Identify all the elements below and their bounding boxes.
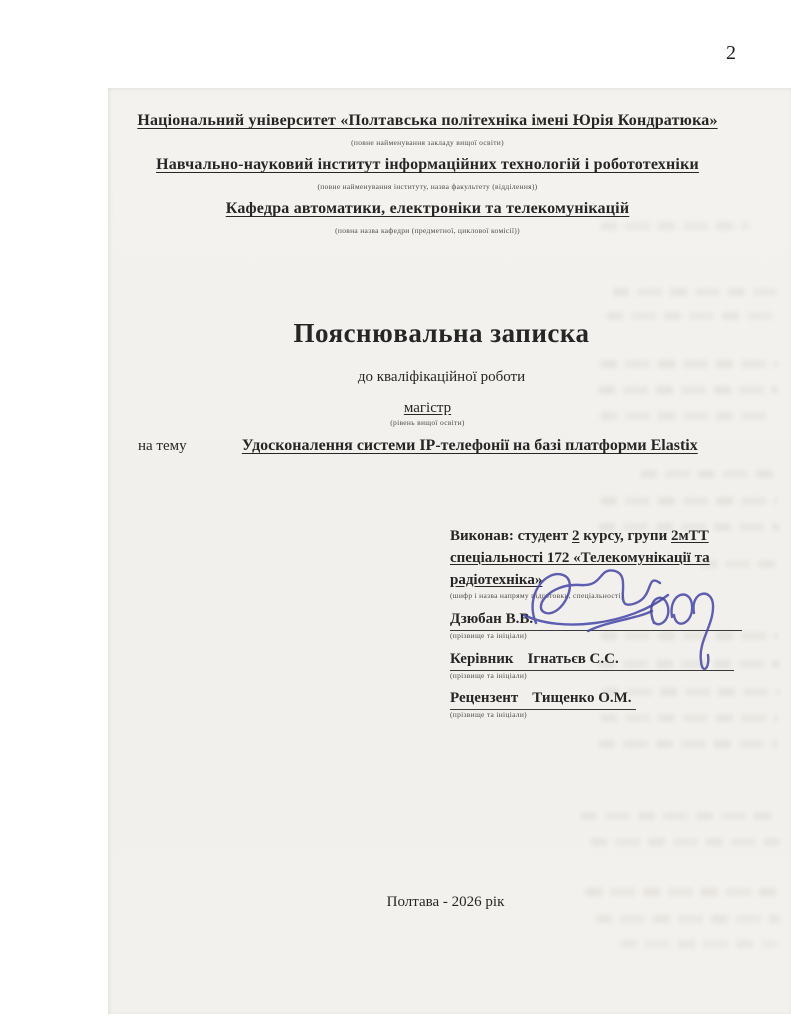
bleedthrough-line — [612, 288, 777, 296]
university-name-text: Національний університет «Полтавська пол… — [137, 112, 717, 129]
bleedthrough-line — [600, 412, 772, 420]
bleedthrough-line — [700, 560, 782, 568]
institute-name-text: Навчально-науковий інститут інформаційни… — [156, 156, 699, 173]
document-title: Пояснювальна записка — [142, 318, 741, 349]
supervisor-role: Керівник — [450, 651, 514, 667]
university-note: (повне найменування закладу вищої освіти… — [128, 138, 727, 147]
specialty-text-2: радіотехніка» — [450, 572, 542, 588]
bleedthrough-line — [600, 632, 778, 640]
student-name: Дзюбан В.В. — [450, 611, 533, 627]
bleedthrough-line — [600, 360, 778, 368]
topic-title: Удосконалення системи IP-телефонії на ба… — [213, 437, 727, 455]
university-name: Національний університет «Полтавська пол… — [128, 112, 727, 130]
bleedthrough-line — [595, 915, 781, 923]
institute-note: (повне найменування інституту, назва фак… — [128, 182, 727, 191]
topic-label: на тему — [138, 438, 187, 455]
page-number: 2 — [726, 42, 736, 65]
bleedthrough-line — [600, 497, 778, 505]
scanned-document-page: Національний університет «Полтавська пол… — [108, 88, 791, 1014]
specialty-note: (шифр і назва напряму підготовки, спеціа… — [450, 591, 746, 601]
bleedthrough-line — [606, 312, 778, 320]
department-name-text: Кафедра автоматики, електроніки та телек… — [226, 200, 630, 217]
department-name: Кафедра автоматики, електроніки та телек… — [128, 200, 727, 218]
bleedthrough-line — [600, 714, 778, 722]
bleedthrough-line — [598, 523, 780, 531]
bleedthrough-line — [590, 838, 780, 846]
degree-level: магістр — [404, 400, 451, 416]
bleedthrough-line — [620, 940, 778, 948]
bleedthrough-line — [640, 470, 778, 478]
bleedthrough-line — [598, 740, 778, 748]
bleedthrough-line — [580, 812, 778, 820]
bleedthrough-line — [602, 688, 780, 696]
supervisor-name-note: (прізвище та ініціали) — [450, 671, 746, 681]
document-subtitle: до кваліфікаційної роботи — [142, 369, 741, 386]
reviewer-role: Рецензент — [450, 690, 518, 706]
specialty-line-2: радіотехніка» — [450, 569, 746, 591]
bleedthrough-line — [585, 888, 781, 896]
bleedthrough-line — [598, 386, 778, 394]
city-year: Полтава - 2026 рік — [146, 894, 745, 911]
student-signature-line: Дзюбан В.В. — [450, 608, 742, 631]
institute-name: Навчально-науковий інститут інформаційни… — [128, 156, 727, 174]
specialty-text-1: спеціальності 172 «Телекомунікації та — [450, 550, 710, 566]
bleedthrough-line — [598, 660, 780, 668]
executor-prefix: Виконав: студент — [450, 528, 572, 544]
topic-row: на тему Удосконалення системи IP-телефон… — [138, 437, 727, 455]
bleedthrough-line — [600, 222, 750, 230]
